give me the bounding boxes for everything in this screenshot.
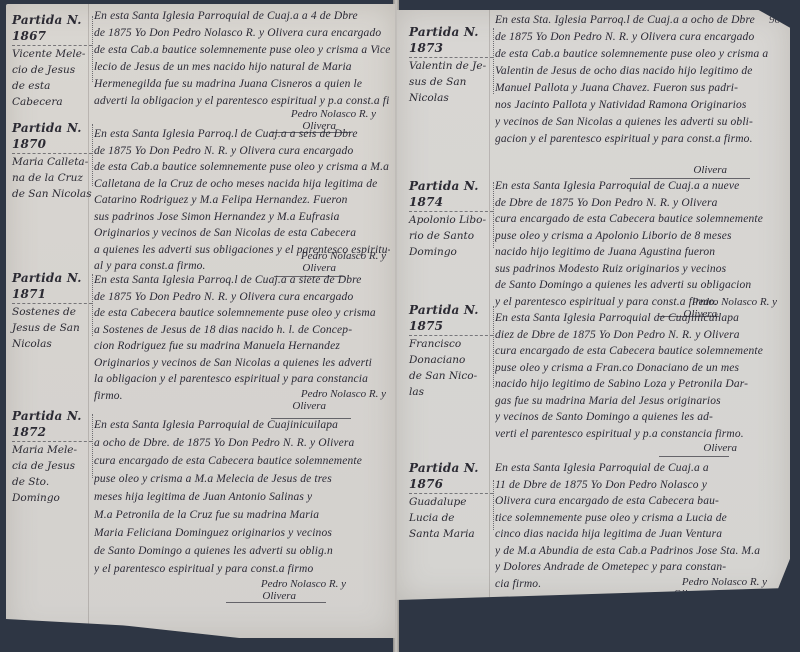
margin-name-line: rio de Santo <box>409 228 493 244</box>
margin-entry-1872: Partida N. 1872 Maria Mele- cia de Jesus… <box>12 408 92 506</box>
entry-line: de 1875 Yo Don Pedro Nolasco R. y Oliver… <box>94 25 390 42</box>
signature-1870: Pedro Nolasco R. y Olivera <box>236 250 386 274</box>
entry-line: cura encargado de esta Cabecera bautice … <box>495 211 783 228</box>
signature-name: Pedro Nolasco R. y <box>627 296 777 308</box>
margin-entry-1867: Partida N. 1867 Vicente Mele- cio de Jes… <box>12 12 92 110</box>
margin-entry-1870: Partida N. 1870 Maria Calleta- na de la … <box>12 120 92 202</box>
entry-line: En esta Santa Iglesia Parroq.l de Cuaj.a… <box>94 126 390 143</box>
partida-number: Partida N. 1870 <box>12 120 92 154</box>
margin-name-line: na de la Cruz <box>12 170 92 186</box>
entry-line: puse oleo y crisma a M.a Melecia de Jesu… <box>94 470 390 488</box>
signature-surname: Olivera <box>236 400 326 412</box>
entry-line: a Sostenes de Jesus de 18 dias nacido h.… <box>94 322 390 339</box>
margin-name-line: Jesus de San <box>12 320 92 336</box>
entry-line: Originarios y vecinos de San Nicolas a q… <box>94 355 390 372</box>
entry-body-1867: En esta Santa Iglesia Parroquial de Cuaj… <box>94 8 390 110</box>
entry-line: En esta Santa Iglesia Parroq.l de Cuaj.a… <box>94 272 390 289</box>
partida-number: Partida N. 1876 <box>409 460 493 494</box>
signature-1876: Pedro Nolasco R. y Olivera <box>617 576 767 600</box>
entry-line: En esta Santa Iglesia Parroquial de Cuaj… <box>495 310 783 327</box>
entry-line: lecio de Jesus de un mes nacido hijo nat… <box>94 59 390 76</box>
entry-line: de 1875 Yo Don Pedro N. R. y Olivera cur… <box>495 29 783 46</box>
entry-line: verti el parentesco espiritual y p.a con… <box>495 426 783 443</box>
entry-line: Manuel Pallota y Juana Chavez. Fueron su… <box>495 80 783 97</box>
margin-name-line: Apolonio Libo- <box>409 212 493 228</box>
margin-name-line: de San Nicolas <box>12 186 92 202</box>
entry-line: diez de Dbre de 1875 Yo Don Pedro N. R. … <box>495 327 783 344</box>
margin-bracket <box>86 124 93 186</box>
margin-name-line: de esta Cabecera <box>12 78 92 110</box>
margin-name-line: Donaciano <box>409 352 493 368</box>
margin-name-line: Maria Mele- <box>12 442 92 458</box>
signature-rubric <box>659 456 729 457</box>
margin-bracket <box>86 274 93 336</box>
partida-number: Partida N. 1871 <box>12 270 92 304</box>
margin-name-line: Maria Calleta- <box>12 154 92 170</box>
entry-line: de esta Cab.a bautice solemnemente puse … <box>94 42 390 59</box>
margin-name-line: de Sto. Domingo <box>12 474 92 506</box>
margin-name-line: Francisco <box>409 336 493 352</box>
entry-line: de esta Cab.a bautice solemnemente puse … <box>495 46 783 63</box>
margin-name-line: Lucia de <box>409 510 493 526</box>
partida-number: Partida N. 1873 <box>409 24 493 58</box>
entry-line: a ocho de Dbre. de 1875 Yo Don Pedro N. … <box>94 434 390 452</box>
entry-line: En esta Santa Iglesia Parroquial de Cuaj… <box>495 460 783 477</box>
entry-line: la obligacion y el parentesco espiritual… <box>94 371 390 388</box>
partida-number: Partida N. 1874 <box>409 178 493 212</box>
entry-line: En esta Santa Iglesia Parroquial de Cuaj… <box>495 178 783 195</box>
margin-name-line: las <box>409 384 493 400</box>
margin-bracket <box>487 306 494 388</box>
entry-line: y vecinos de Santo Domingo a quienes les… <box>495 409 783 426</box>
entry-line: M.a Petronila de la Cruz fue su madrina … <box>94 506 390 524</box>
margin-name-line: de San Nico- <box>409 368 493 384</box>
entry-line: cura encargado de esta Cabecera bautice … <box>495 343 783 360</box>
partida-number: Partida N. 1872 <box>12 408 92 442</box>
margin-name-line: Nicolas <box>409 90 493 106</box>
entry-line: de esta Cab.a bautice solemnemente puse … <box>94 159 390 176</box>
signature-name: Pedro Nolasco R. y <box>236 388 386 400</box>
entry-body-1875: En esta Santa Iglesia Parroquial de Cuaj… <box>495 310 783 442</box>
entry-line: gas fue su madrina Maria del Jesus origi… <box>495 393 783 410</box>
margin-entry-1873: Partida N. 1873 Valentin de Je- sus de S… <box>409 24 493 106</box>
entry-line: nacido hijo legitimo de Juana Agustina f… <box>495 244 783 261</box>
entry-line: Catarino Rodriguez y M.a Felipa Hernande… <box>94 192 390 209</box>
margin-entry-1874: Partida N. 1874 Apolonio Libo- rio de Sa… <box>409 178 493 260</box>
signature-1871: Pedro Nolasco R. y Olivera <box>236 388 386 412</box>
entry-line: puse oleo y crisma a Fran.co Donaciano d… <box>495 360 783 377</box>
margin-name-line: Guadalupe <box>409 494 493 510</box>
entry-line: puse oleo y crisma a Apolonio Liborio de… <box>495 228 783 245</box>
entry-line: Calletana de la Cruz de ocho meses nacid… <box>94 176 390 193</box>
margin-name-line: Domingo <box>409 244 493 260</box>
margin-entry-1875: Partida N. 1875 Francisco Donaciano de S… <box>409 302 493 400</box>
left-page: Partida N. 1867 Vicente Mele- cio de Jes… <box>6 4 395 638</box>
entry-line: de esta Cabecera bautice solemnemente pu… <box>94 305 390 322</box>
entry-line: de 1875 Yo Don Pedro N. R. y Olivera cur… <box>94 143 390 160</box>
entry-line: cinco dias nacida hija legitima de Juan … <box>495 526 783 543</box>
entry-body-1872: En esta Santa Iglesia Parroquial de Cuaj… <box>94 416 390 578</box>
signature-name: Pedro Nolasco R. y <box>617 576 767 588</box>
margin-bracket <box>487 182 494 248</box>
partida-number: Partida N. 1875 <box>409 302 493 336</box>
entry-line: nos Jacinto Pallota y Natividad Ramona O… <box>495 97 783 114</box>
entry-line: gacion y el parentesco espiritual y para… <box>495 131 783 148</box>
signature-name: Pedro Nolasco R. y <box>236 250 386 262</box>
entry-body-1873: En esta Sta. Iglesia Parroq.l de Cuaj.a … <box>495 12 783 148</box>
entry-line: Valentin de Jesus de ocho dias nacido hi… <box>495 63 783 80</box>
signature-surname: Olivera <box>196 590 296 602</box>
signature-name: Pedro Nolasco R. y <box>196 578 346 590</box>
entry-body-1876: En esta Santa Iglesia Parroquial de Cuaj… <box>495 460 783 592</box>
entry-line: de 1875 Yo Don Pedro N. R. y Olivera cur… <box>94 289 390 306</box>
entry-line: Hermenegilda fue su madrina Juana Cisner… <box>94 76 390 93</box>
margin-name-line: Valentin de Je- <box>409 58 493 74</box>
right-page: 96 Partida N. 1873 Valentin de Je- sus d… <box>397 10 790 600</box>
margin-name-line: cio de Jesus <box>12 62 92 78</box>
entry-line: de Santo Domingo a quienes les adverti s… <box>94 542 390 560</box>
entry-line: cura encargado de esta Cabecera bautice … <box>94 452 390 470</box>
margin-bracket <box>487 28 494 94</box>
entry-line: Originarios y vecinos de San Nicolas de … <box>94 225 390 242</box>
entry-body-1874: En esta Santa Iglesia Parroquial de Cuaj… <box>495 178 783 310</box>
margin-name-line: cia de Jesus <box>12 458 92 474</box>
entry-line: sus padrinos Modesto Ruiz originarios y … <box>495 261 783 278</box>
margin-name-line: Nicolas <box>12 336 92 352</box>
entry-line: y el parentesco espiritual y para const.… <box>94 560 390 578</box>
entry-line: y de M.a Abundia de esta Cab.a Padrinos … <box>495 543 783 560</box>
margin-name-line: sus de San <box>409 74 493 90</box>
entry-line: En esta Sta. Iglesia Parroq.l de Cuaj.a … <box>495 12 783 29</box>
entry-line: Maria Feliciana Dominguez originarios y … <box>94 524 390 542</box>
margin-entry-1871: Partida N. 1871 Sostenes de Jesus de San… <box>12 270 92 352</box>
signature-rubric <box>637 596 747 597</box>
entry-line: meses hija legitima de Juan Antonio Sali… <box>94 488 390 506</box>
entry-body-1871: En esta Santa Iglesia Parroq.l de Cuaj.a… <box>94 272 390 404</box>
margin-name-line: Vicente Mele- <box>12 46 92 62</box>
entry-line: En esta Santa Iglesia Parroquial de Cuaj… <box>94 416 390 434</box>
margin-name-line: Santa Maria <box>409 526 493 542</box>
entry-line: sus padrinos Jose Simon Hernandez y M.a … <box>94 209 390 226</box>
signature-surname: Olivera <box>657 442 737 454</box>
signature-surname: Olivera <box>617 588 707 600</box>
signature-rubric <box>226 602 326 603</box>
entry-line: Olivera cura encargado de esta Cabecera … <box>495 493 783 510</box>
entry-line: cion Rodriguez fue su madrina Manuela He… <box>94 338 390 355</box>
margin-bracket <box>487 480 494 530</box>
entry-line: y Dolores Andrade de Ometepec y para con… <box>495 559 783 576</box>
margin-entry-1876: Partida N. 1876 Guadalupe Lucia de Santa… <box>409 460 493 542</box>
signature-1875: Olivera <box>657 442 737 454</box>
signature-1873: Olivera <box>637 164 727 176</box>
signature-1872: Pedro Nolasco R. y Olivera <box>196 578 346 602</box>
entry-line: tice solemnemente puse oleo y crisma a L… <box>495 510 783 527</box>
entry-line: y vecinos de San Nicolas a quienes les a… <box>495 114 783 131</box>
entry-line: 11 de Dbre de 1875 Yo Don Pedro Nolasco … <box>495 477 783 494</box>
signature-name: Pedro Nolasco R. y <box>236 108 376 120</box>
entry-line: de Santo Domingo a quienes les adverti s… <box>495 277 783 294</box>
partida-number: Partida N. 1867 <box>12 12 92 46</box>
entry-line: nacido hijo legitimo de Sabino Loza y Pe… <box>495 376 783 393</box>
margin-bracket <box>86 414 93 478</box>
entry-line: En esta Santa Iglesia Parroquial de Cuaj… <box>94 8 390 25</box>
signature-surname: Olivera <box>637 164 727 176</box>
margin-name-line: Sostenes de <box>12 304 92 320</box>
margin-bracket <box>86 16 93 82</box>
entry-line: de Dbre de 1875 Yo Don Pedro N. R. y Oli… <box>495 195 783 212</box>
